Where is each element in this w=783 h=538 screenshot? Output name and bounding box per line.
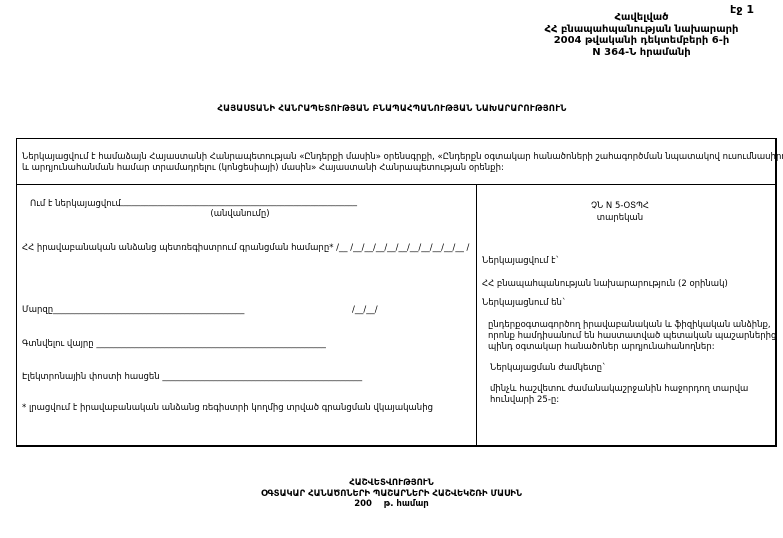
submitter-field[interactable]: ________________________________________… (119, 197, 357, 207)
submitters-value: ընդերքօգտագործող իրավաբանական և ֆիզիկակա… (488, 320, 776, 353)
submitter-label: Ում է ներկայացվում (30, 199, 121, 209)
submitted-to-label: Ներկայացվում է` (482, 256, 560, 266)
submitters-line: ընդերքօգտագործող իրավաբանական և ֆիզիկակա… (488, 320, 776, 331)
approval-line: Հավելված (520, 12, 763, 24)
intro-line: և արդյունահանման համար տրամադրելու (կոնց… (22, 163, 772, 174)
intro-paragraph: Ներկայացվում է համաձայն Հայաստանի Հանրապ… (22, 152, 772, 174)
table-divider-horizontal (16, 184, 776, 185)
ministry-title: ՀԱՅԱՍՏԱՆԻ ՀԱՆՐԱՊԵՏՈՒԹՅԱՆ ԲՆԱՊԱՀՊԱՆՈՒԹՅԱՆ… (0, 104, 783, 114)
deadline-line: մինչև հաշվետու ժամանակաշրջանին հաջորդող … (490, 384, 748, 395)
registration-number-field[interactable]: ՀՀ իրավաբանական անձանց պետռեգիստրում գրա… (22, 243, 469, 253)
approval-line: N 364-Ն հրամանի (520, 47, 763, 59)
approval-block: Հավելված ՀՀ բնապահպանության նախարարի 200… (520, 12, 763, 58)
footnote: * լրացվում է իրավաբանական անձանց ռեգիստր… (22, 403, 433, 413)
intro-line: Ներկայացվում է համաձայն Հայաստանի Հանրապ… (22, 152, 772, 163)
form-period: տարեկան (520, 213, 720, 223)
submitters-line: պինդ օգտակար հանածոներ արդյունահանողներ: (488, 342, 776, 353)
email-field[interactable]: Էլեկտրոնային փոստի հասցեն ______________… (22, 372, 362, 382)
region-field[interactable]: Մարզը___________________________________… (22, 305, 244, 315)
deadline-line: հունվարի 25-ը: (490, 395, 748, 406)
approval-line: 2004 թվականի դեկտեմբերի 6-ի (520, 35, 763, 47)
location-field[interactable]: Գտնվելու վայրը _________________________… (22, 339, 326, 349)
approval-line: ՀՀ բնապահպանության նախարարի (520, 24, 763, 36)
report-title-block: ՀԱՇՎԵՏՎՈՒԹՅՈՒՆ ՕԳՏԱԿԱՐ ՀԱՆԱԾՈՆԵՐԻ ՊԱՇԱՐՆ… (0, 478, 783, 510)
submitter-caption: (անվանումը) (190, 209, 290, 219)
region-code-field[interactable]: /__/__/ (352, 305, 378, 315)
form-code: ՉՆ N 5-ՕՏՊՀ (520, 201, 720, 211)
submitted-to-value: ՀՀ բնապահպանության նախարարություն (2 օրի… (482, 279, 728, 289)
report-year-line: 200 թ. համար (0, 499, 783, 510)
submitters-label: Ներկայացնում են` (482, 298, 566, 308)
report-title-line: ՕԳՏԱԿԱՐ ՀԱՆԱԾՈՆԵՐԻ ՊԱՇԱՐՆԵՐԻ ՀԱՇՎԵԿՇՌԻ Մ… (0, 489, 783, 500)
report-title-line: ՀԱՇՎԵՏՎՈՒԹՅՈՒՆ (0, 478, 783, 489)
deadline-value: մինչև հաշվետու ժամանակաշրջանին հաջորդող … (490, 384, 748, 406)
deadline-label: Ներկայացման ժամկետը` (490, 363, 606, 373)
submitters-line: որոնք համդիսանում են հաստատված պետական պ… (488, 331, 776, 342)
table-divider-vertical (476, 184, 477, 445)
